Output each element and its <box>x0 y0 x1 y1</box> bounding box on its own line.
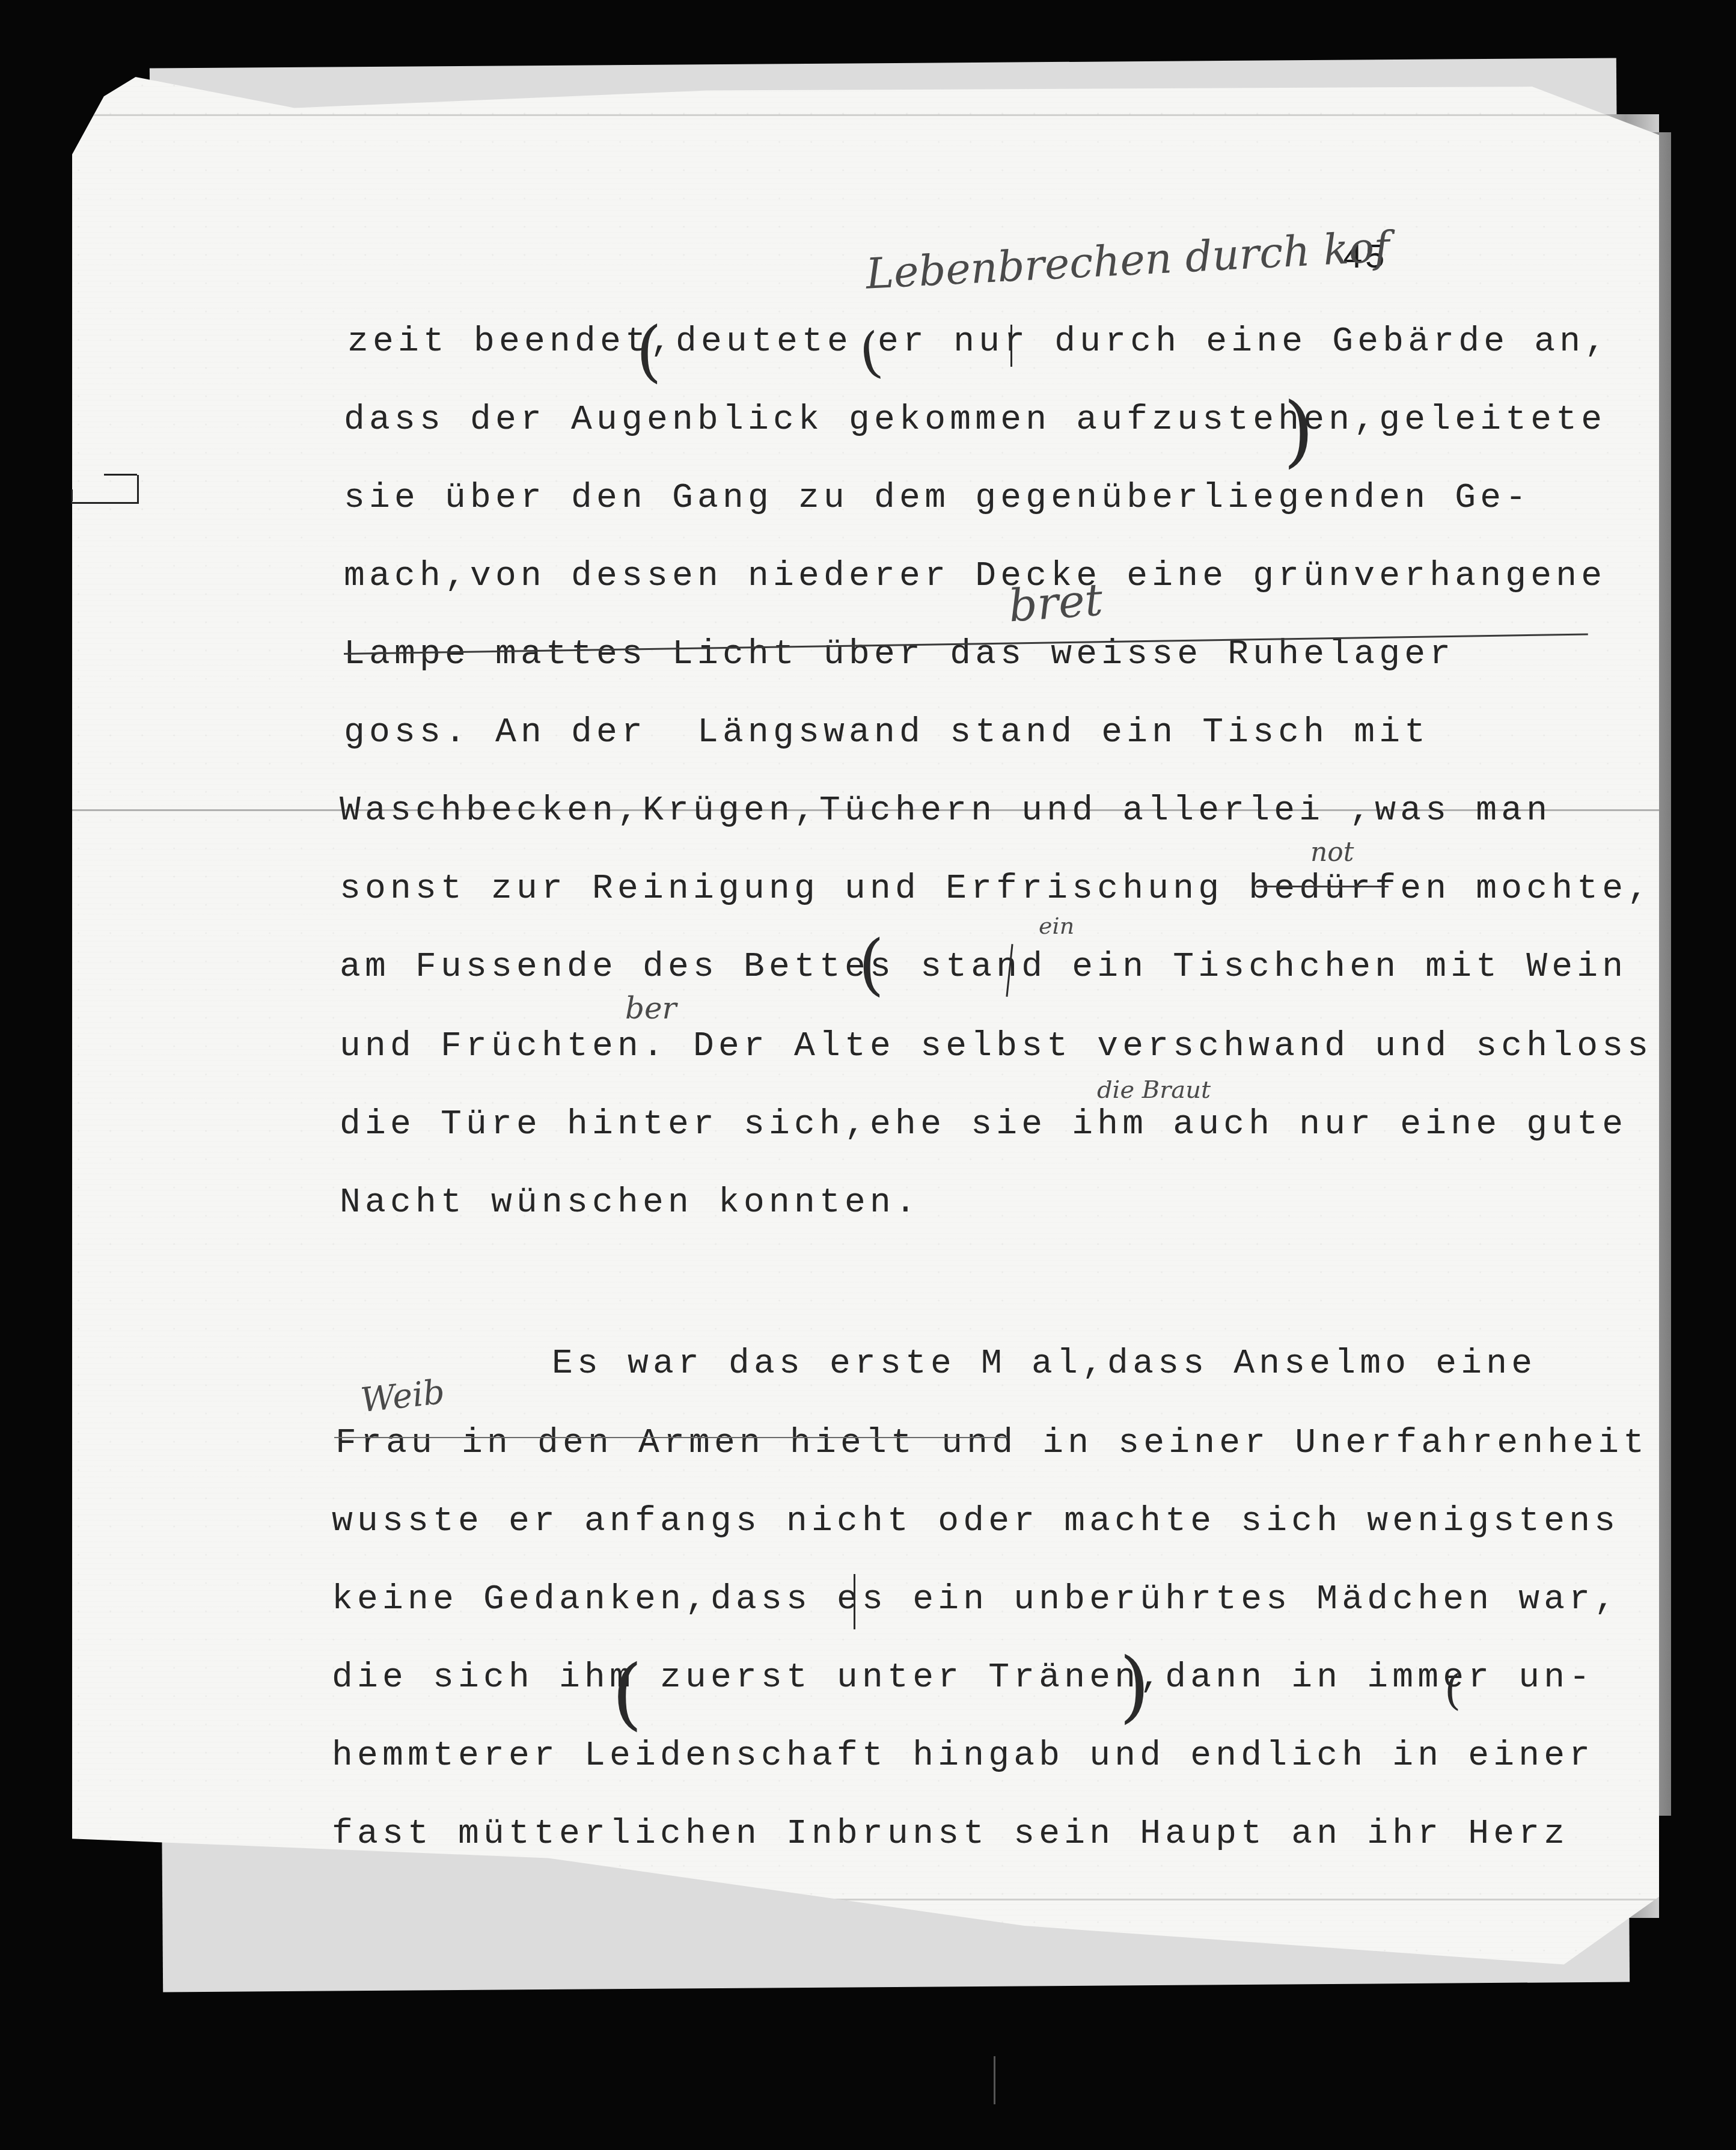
text-line: sie über den Gang zu dem gegenüberliegen… <box>344 481 1530 516</box>
text-line: am Fussende des Bettes stand ein Tischch… <box>340 950 1627 985</box>
edit-bar-mark <box>854 1574 855 1629</box>
text-line: wusste er anfangs nicht oder machte sich… <box>332 1504 1619 1539</box>
text-line: und Früchten. Der Alte selbst verschwand… <box>340 1029 1652 1064</box>
text-line: goss. An der Längswand stand ein Tisch m… <box>344 715 1429 750</box>
text-line: Waschbecken,Krügen,Tüchern und allerlei … <box>340 794 1551 828</box>
edit-parenthesis-close: ) <box>1119 1640 1150 1732</box>
handwritten-insertion: ein <box>1039 913 1074 939</box>
handwritten-insertion: not <box>1310 837 1354 868</box>
edit-parenthesis-open: ( <box>612 1647 643 1739</box>
strikethrough-line <box>1256 886 1389 887</box>
edit-parenthesis-open: ( <box>636 313 662 390</box>
paper-crease <box>72 114 1659 116</box>
text-line: hemmterer Leidenschaft hingab und endlic… <box>332 1739 1594 1774</box>
text-line: dass der Augenblick gekommen aufzustehen… <box>344 403 1606 438</box>
text-line: die Türe hinter sich,ehe sie ihm auch nu… <box>340 1107 1627 1142</box>
text-line: Nacht wünschen konnten. <box>340 1186 920 1220</box>
stray-pencil-mark <box>994 2056 995 2104</box>
text-line: Es war das erste M al,dass Anselmo eine <box>552 1347 1536 1382</box>
strikethrough-line <box>334 1437 1007 1438</box>
margin-bracket-mark <box>71 475 139 504</box>
text-line: fast mütterlichen Inbrunst sein Haupt an… <box>332 1817 1569 1852</box>
text-line: keine Gedanken,dass es ein unberührtes M… <box>332 1582 1619 1617</box>
text-line: zeit beendet,deutete er nur durch eine G… <box>347 325 1610 360</box>
text-line: die sich ihm zuerst unter Tränen,dann in… <box>332 1661 1594 1695</box>
handwritten-insertion: die Braut <box>1097 1076 1211 1104</box>
edit-parenthesis-open: ( <box>858 926 884 1003</box>
text-line: Frau in den Armen hielt und in seiner Un… <box>335 1426 1648 1461</box>
text-line-struck: Lampe mattes Licht über das weisse Ruhel… <box>344 637 1455 672</box>
handwritten-insertion: bret <box>1007 574 1104 632</box>
edit-parenthesis-open: ( <box>1444 1665 1461 1715</box>
text-line: sonst zur Reinigung und Erfrischung bedü… <box>340 872 1652 907</box>
edit-bar-mark <box>1010 325 1012 367</box>
text-line: mach,von dessen niederer Decke eine grün… <box>344 559 1606 594</box>
handwritten-insertion: ber <box>625 991 677 1026</box>
edit-parenthesis-close: ) <box>1283 385 1314 476</box>
